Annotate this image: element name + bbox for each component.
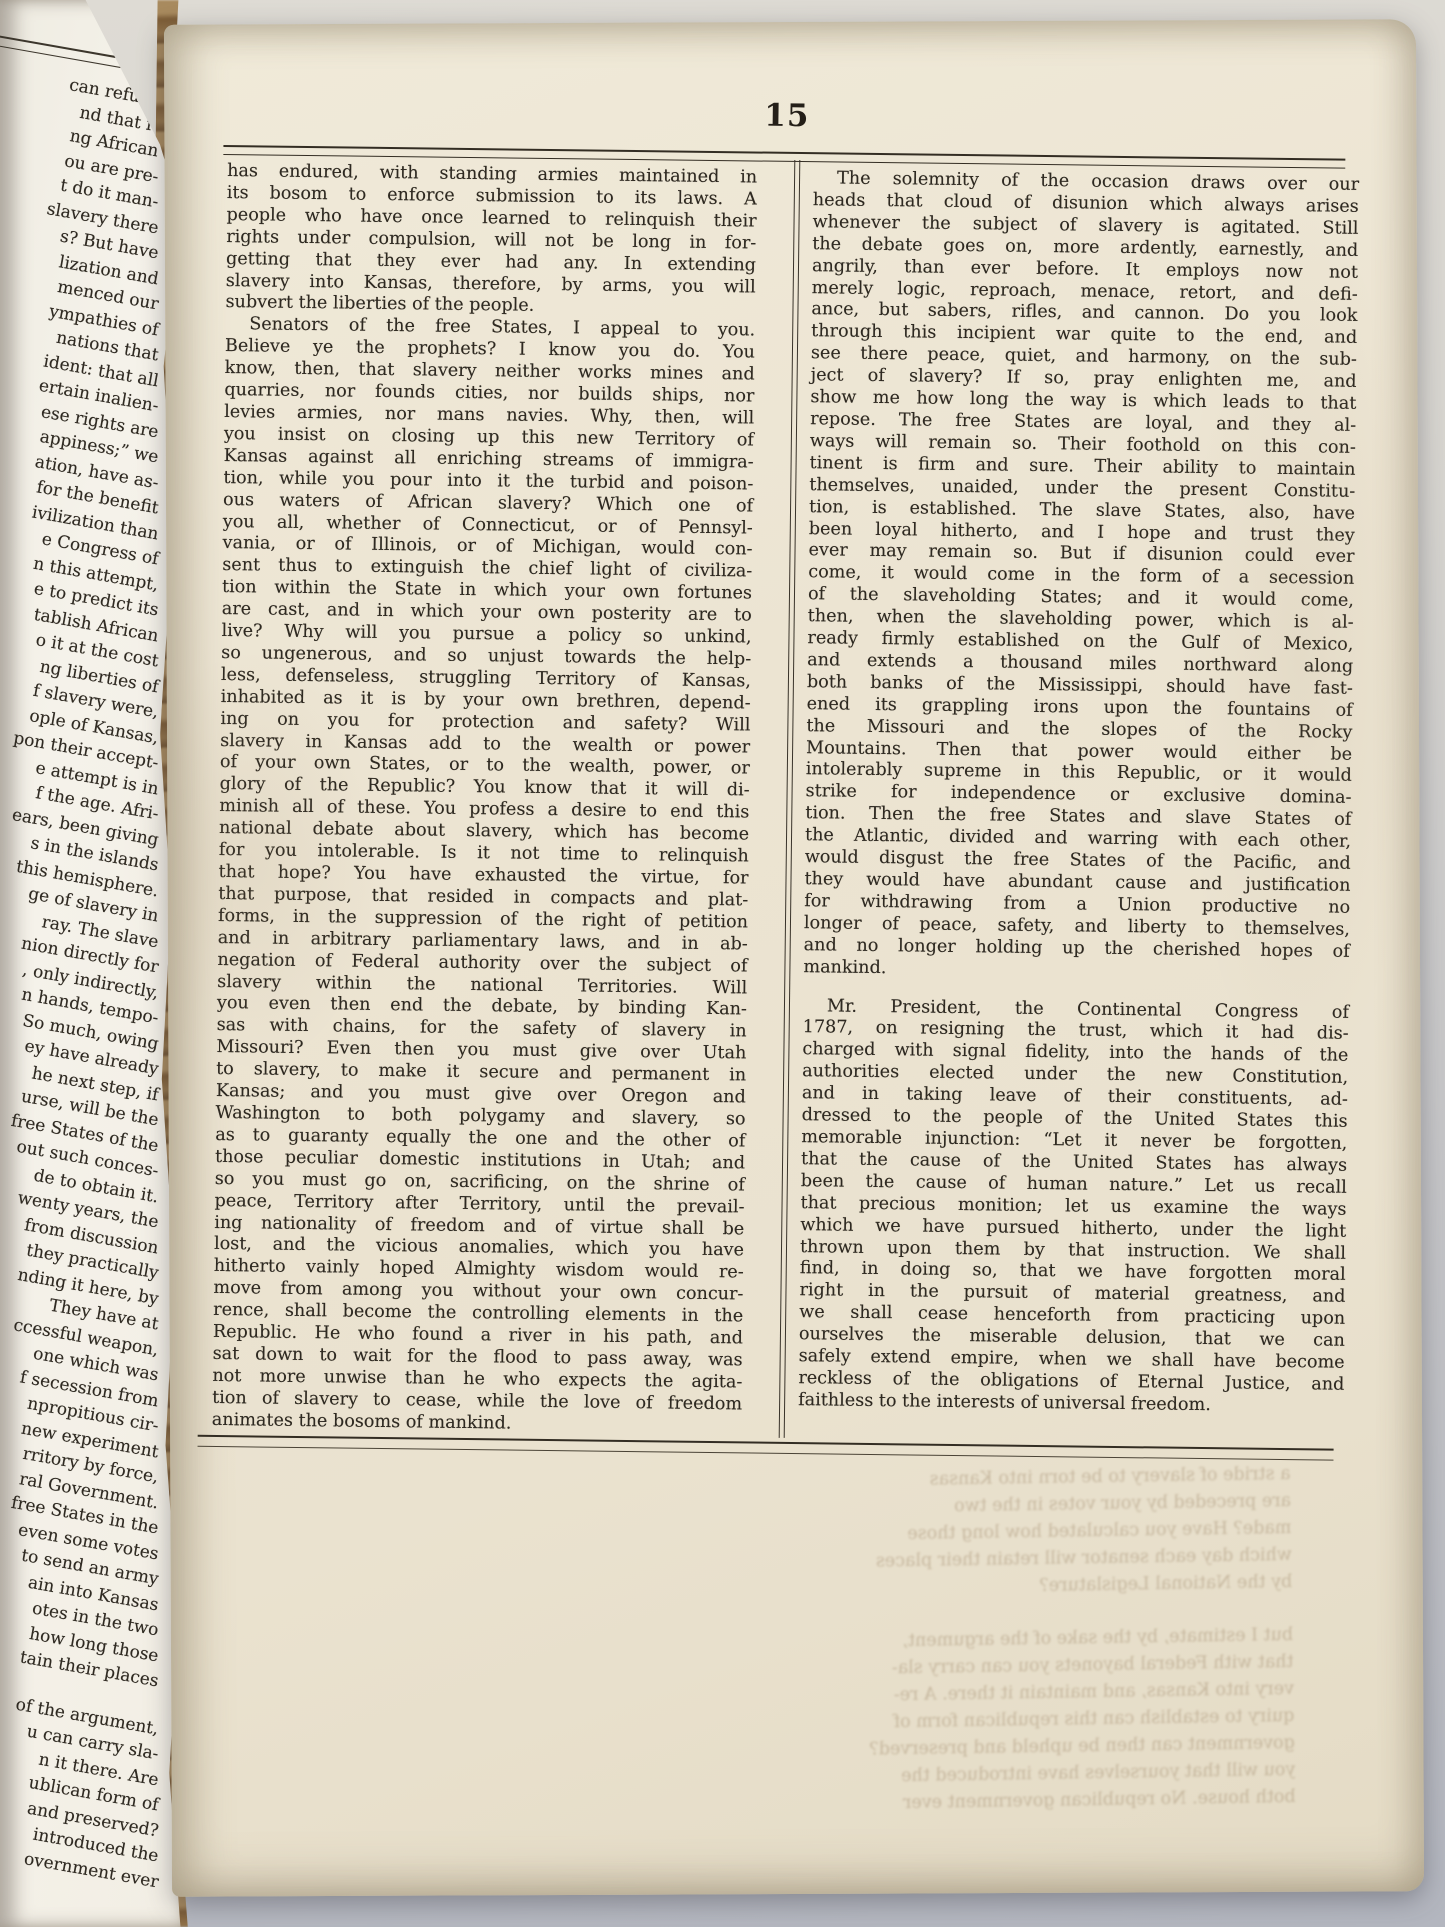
page-content: 15 has endured, with standing armies mai… xyxy=(142,24,1417,1911)
paragraph: The solemnity of the occasion draws over… xyxy=(803,168,1359,985)
right-text-column: The solemnity of the occasion draws over… xyxy=(798,168,1359,1418)
photograph-of-pamphlet: { "document": { "page_number": "15", "co… xyxy=(0,0,1445,1927)
column-divider-rule xyxy=(779,160,801,1438)
footer-double-rule xyxy=(198,1435,1334,1461)
paragraph: Senators of the free States, I appeal to… xyxy=(212,314,756,1438)
paragraph: has endured, with standing armies mainta… xyxy=(225,161,757,321)
left-text-column: has endured, with standing armies mainta… xyxy=(212,161,757,1438)
page-number: 15 xyxy=(226,91,1348,141)
paragraph: Mr. President, the Continental Congress … xyxy=(798,996,1349,1419)
pamphlet-page: 15 has endured, with standing armies mai… xyxy=(164,19,1424,1896)
show-through-text: a stride of slavery to be torn into Kans… xyxy=(198,1461,1295,1828)
